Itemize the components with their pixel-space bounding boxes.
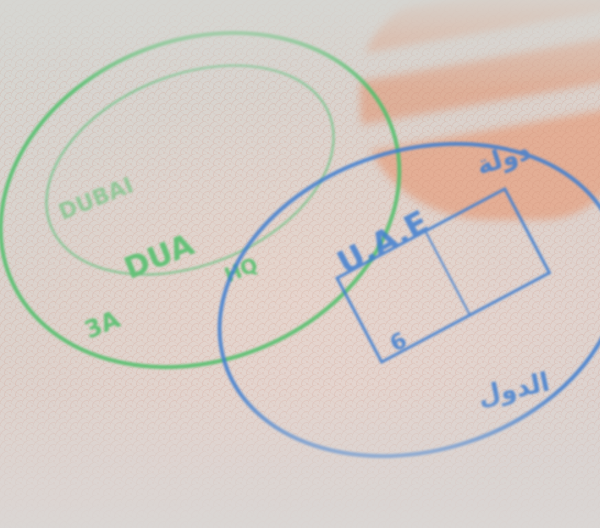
blue-stamp-text-number: 6 <box>386 328 411 357</box>
passport-photo: DUA 3A HQ DUBAI U.A.E دولة الدول 6 <box>0 0 600 528</box>
green-stamp-text-top: DUBAI <box>55 173 137 225</box>
bottom-focus-blur <box>0 388 600 528</box>
green-stamp-text-secondary: 3A <box>81 305 125 344</box>
green-stamp-text-main: DUA <box>119 227 199 287</box>
blue-stamp-text-uae: U.A.E <box>331 203 435 282</box>
top-focus-blur <box>0 0 600 90</box>
blue-stamp-text-arabic-top: دولة <box>473 136 535 182</box>
